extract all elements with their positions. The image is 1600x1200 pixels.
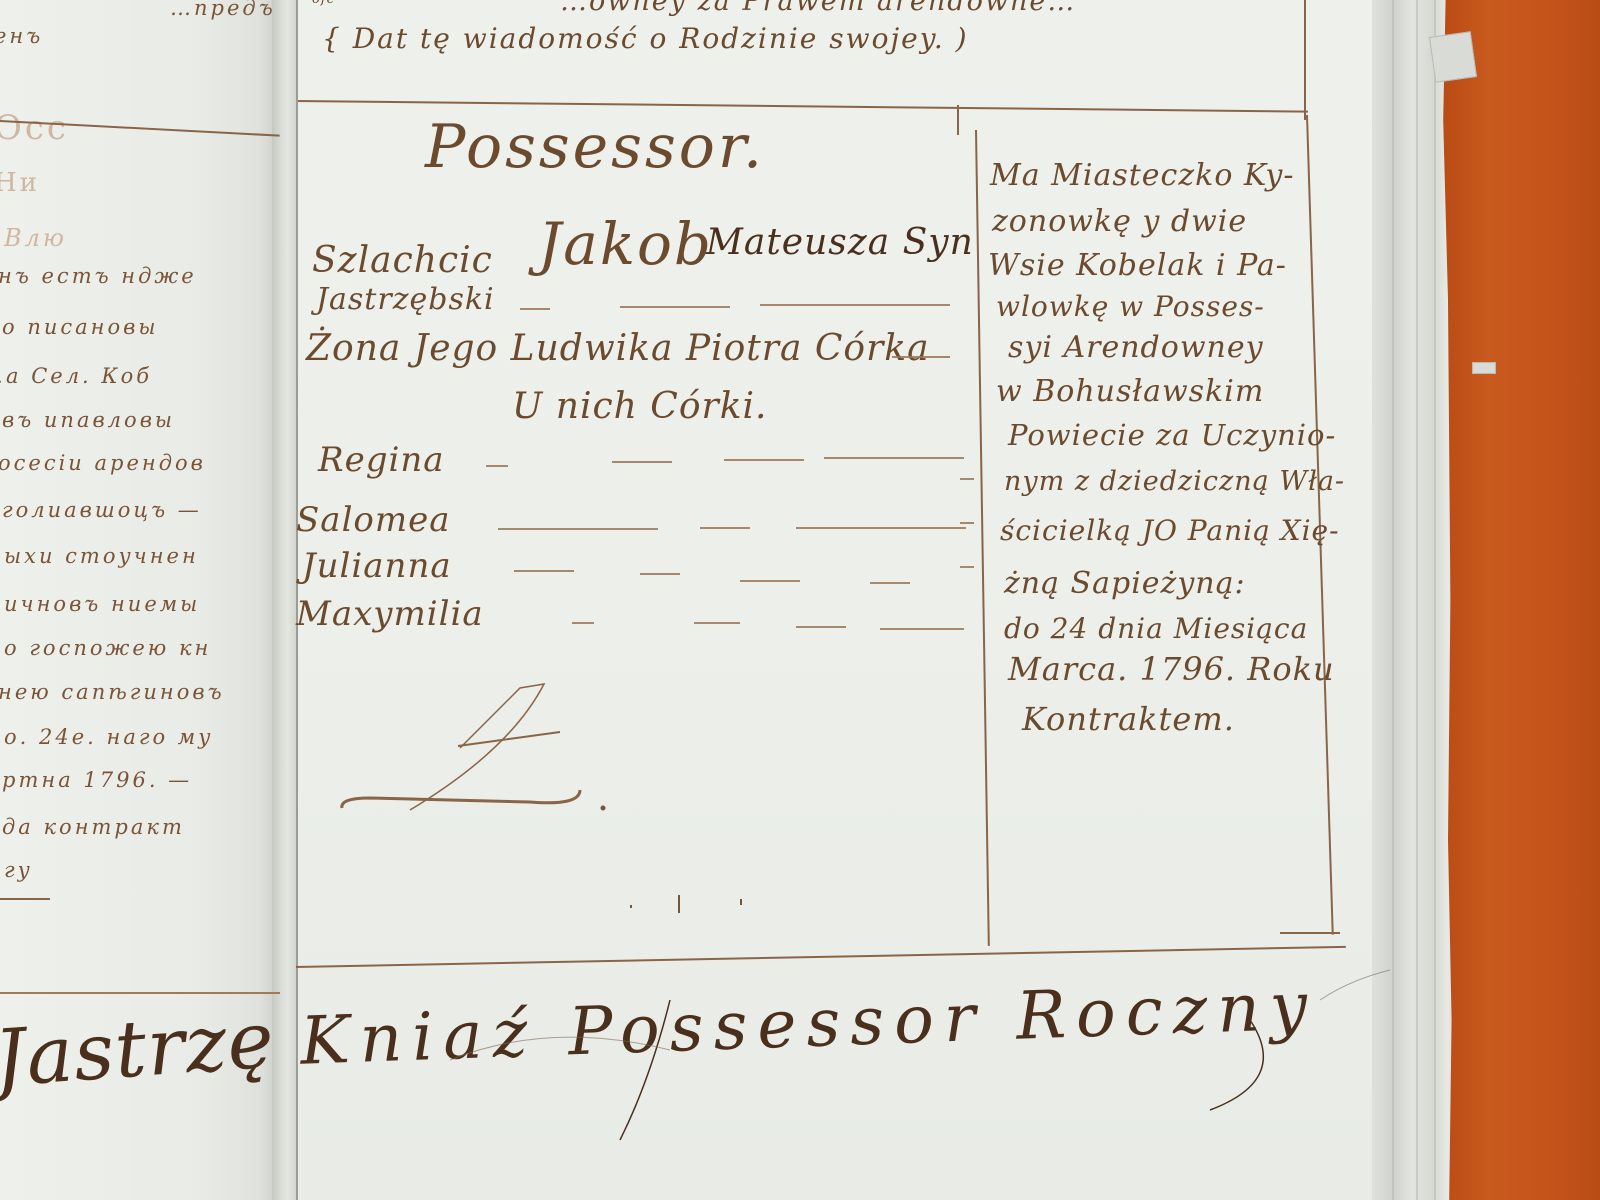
left-line-faint: Осс bbox=[0, 108, 69, 148]
filler-dash bbox=[572, 622, 594, 624]
filler-dash bbox=[486, 465, 508, 467]
filler-dash bbox=[870, 582, 910, 584]
holdings-line: żną Sapieżyną: bbox=[1004, 566, 1246, 601]
surname: Jastrzębski bbox=[316, 282, 495, 317]
left-line: …ртна 1796. — bbox=[0, 768, 192, 792]
holdings-line: do 24 dnia Miesiąca bbox=[1004, 612, 1308, 645]
left-line: …предъ bbox=[170, 0, 276, 20]
filler-dash bbox=[694, 622, 740, 624]
left-line-faint: Влю bbox=[4, 224, 67, 252]
filler-dash bbox=[612, 461, 672, 463]
left-line: …о. 24е. наго му bbox=[0, 725, 213, 749]
filler-dash bbox=[498, 528, 658, 530]
page-edge-line bbox=[1416, 0, 1418, 1200]
left-line: …ыхи стоучнен bbox=[0, 544, 199, 568]
daughter-name: Salomea bbox=[296, 500, 451, 540]
margin-tick bbox=[960, 522, 974, 524]
daughter-name: Regina bbox=[318, 440, 445, 480]
children-heading: U nich Córki. bbox=[512, 386, 767, 427]
left-line: …нею сапѣгиновъ bbox=[0, 680, 225, 704]
patronymic: Mateusza Syn bbox=[706, 222, 974, 263]
possessor-heading: Possessor. bbox=[425, 112, 765, 182]
holdings-line: zonowkę y dwie bbox=[992, 204, 1247, 239]
filler-dash bbox=[724, 459, 804, 461]
given-name: Jakob bbox=[538, 210, 713, 278]
title-szlachcic: Szlachcic bbox=[312, 240, 493, 281]
left-line: …а Сел. Коб bbox=[0, 364, 152, 388]
rule-fragment bbox=[1280, 932, 1340, 934]
filler-dash bbox=[796, 527, 966, 529]
filler-dash bbox=[892, 356, 950, 358]
holdings-line: w Bohusławskim bbox=[996, 374, 1264, 409]
left-line-faint: Ни bbox=[0, 168, 40, 198]
holdings-line: ścicielką JO Panią Xię- bbox=[1000, 514, 1340, 547]
left-line: …въ ипавловы bbox=[0, 408, 175, 432]
holdings-line: Wsie Kobelak i Pa- bbox=[988, 248, 1287, 283]
holdings-line: Powiecie za Uczynio- bbox=[1008, 418, 1336, 452]
torn-paper-scrap bbox=[1472, 362, 1496, 374]
filler-dash bbox=[824, 457, 964, 459]
holdings-line: nym z dziedziczną Wła- bbox=[1004, 466, 1345, 497]
top-line-1: …owney za Prawem arendowne… bbox=[560, 0, 1076, 17]
holdings-line: wlowkę w Posses- bbox=[996, 290, 1265, 323]
filler-dash bbox=[796, 626, 846, 628]
page-edge-line bbox=[1434, 0, 1436, 1200]
left-line: …нъ естъ ндже bbox=[0, 264, 197, 288]
filler-dash bbox=[740, 580, 800, 582]
left-line: …ичновъ ниемы bbox=[0, 592, 200, 616]
left-line: …да контракт bbox=[0, 815, 185, 839]
filler-dash bbox=[760, 304, 950, 306]
left-rule bbox=[0, 898, 50, 900]
left-line: …о писановы bbox=[0, 315, 158, 339]
torn-paper-scrap bbox=[1429, 31, 1477, 82]
left-line: …осесіи арендов bbox=[0, 451, 206, 475]
top-line-2: { Dat tę wiadomość o Rodzinie swojey. ) bbox=[322, 22, 969, 55]
margin-tick bbox=[960, 566, 974, 568]
signature-flourish-icon bbox=[290, 960, 1390, 1160]
filler-dash bbox=[700, 527, 750, 529]
filler-dash bbox=[520, 308, 550, 310]
wooden-table-surface bbox=[1440, 0, 1600, 1200]
filler-dash bbox=[514, 570, 574, 572]
left-line: …голиавшоцъ — bbox=[0, 498, 202, 522]
margin-note: ofe bbox=[312, 0, 335, 7]
right-border-top bbox=[1304, 0, 1306, 120]
flourish-mark-icon bbox=[330, 680, 630, 820]
left-line: …о госпожею кн bbox=[0, 636, 211, 660]
filler-dash bbox=[640, 573, 680, 575]
holdings-line-year: Marca. 1796. Roku bbox=[1008, 650, 1335, 688]
holdings-line: Ma Miasteczko Ky- bbox=[990, 158, 1295, 193]
holdings-line: syi Arendowney bbox=[1008, 330, 1264, 365]
left-line: …гу bbox=[0, 858, 33, 882]
left-line: …енъ bbox=[0, 24, 43, 48]
filler-dash bbox=[880, 628, 964, 630]
page-edge-line bbox=[1392, 0, 1394, 1200]
column-divider-top bbox=[957, 105, 959, 135]
left-rule bbox=[0, 992, 280, 994]
holdings-line: Kontraktem. bbox=[1022, 700, 1235, 738]
ink-specks bbox=[620, 895, 760, 915]
filler-dash bbox=[620, 306, 730, 308]
margin-tick bbox=[960, 478, 974, 480]
wife-line: Żona Jego Ludwika Piotra Córka bbox=[306, 328, 930, 369]
daughter-name: Maxymilia bbox=[296, 594, 484, 634]
daughter-name: Julianna bbox=[302, 546, 452, 586]
